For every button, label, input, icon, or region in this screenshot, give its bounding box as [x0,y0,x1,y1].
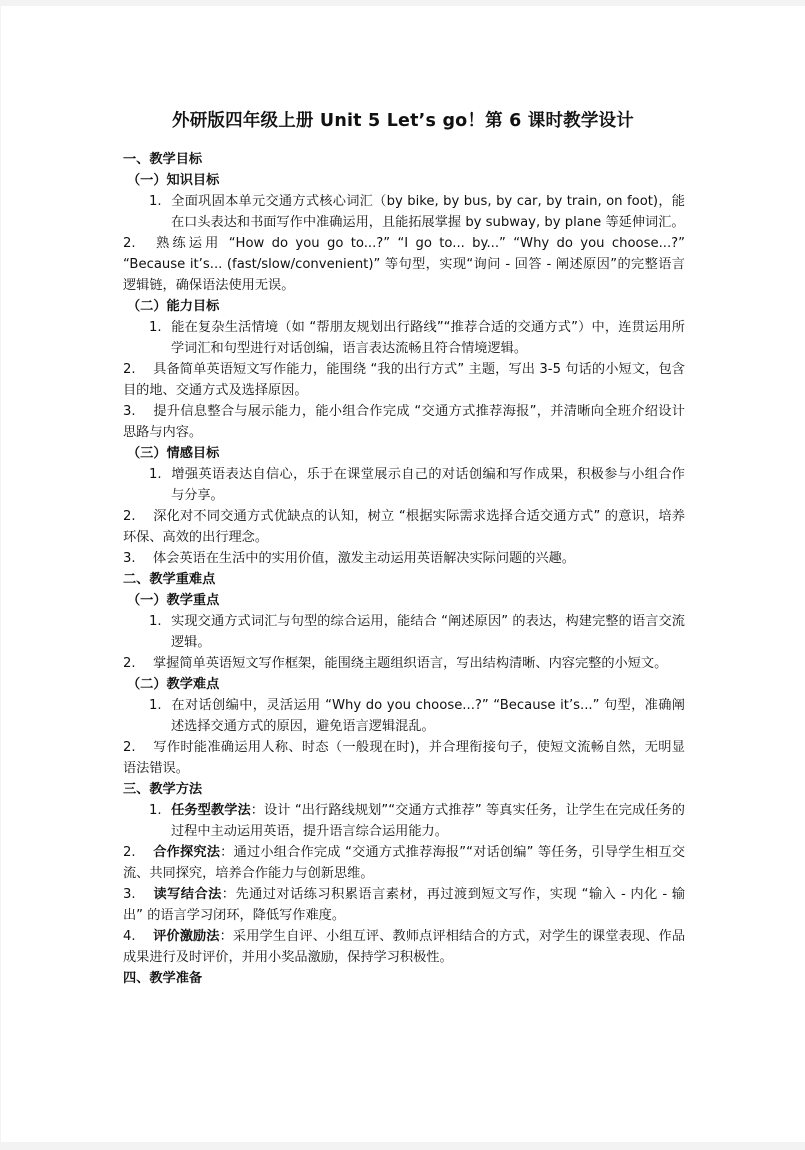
section-heading: 三、教学方法 [123,779,685,800]
item-text: 写作时能准确运用人称、时态（一般现在时)，并合理衔接句子，使短文流畅自然，无明显… [123,740,685,776]
item-number: 4. [123,926,153,947]
list-item: 2.写作时能准确运用人称、时态（一般现在时)，并合理衔接句子，使短文流畅自然，无… [123,737,685,779]
list-item: 2.合作探究法：通过小组合作完成 “交通方式推荐海报”“对话创编” 等任务，引导… [123,842,685,884]
list-item: 4.评价激励法：采用学生自评、小组互评、教师点评相结合的方式，对学生的课堂表现、… [123,926,685,968]
list-item: 1.实现交通方式词汇与句型的综合运用，能结合 “阐述原因” 的表达，构建完整的语… [123,611,685,653]
item-term: 读写结合法 [153,887,222,902]
subsection-heading: （一）知识目标 [123,170,685,191]
document-page: 外研版四年级上册 Unit 5 Let’s go！第 6 课时教学设计 一、教学… [1,6,805,1142]
subsection-heading: （二）教学难点 [123,674,685,695]
subsection-heading: （一）教学重点 [123,590,685,611]
item-number: 1. [149,317,171,338]
item-number: 2. [123,737,153,758]
item-term: 任务型教学法 [171,803,251,818]
item-number: 1. [149,800,171,821]
item-text: 具备简单英语短文写作能力，能围绕 “我的出行方式” 主题，写出 3-5 句话的小… [123,362,685,398]
item-number: 1. [149,191,171,212]
list-item: 3.提升信息整合与展示能力，能小组合作完成 “交通方式推荐海报”，并清晰向全班介… [123,401,685,443]
item-number: 1. [149,611,171,632]
item-number: 3. [123,548,153,569]
item-number: 3. [123,884,153,905]
item-number: 2. [123,506,153,527]
item-term: 合作探究法 [153,845,220,860]
list-item: 1.能在复杂生活情境（如 “帮朋友规划出行路线”“推荐合适的交通方式”）中，连贯… [123,317,685,359]
list-item: 2.具备简单英语短文写作能力，能围绕 “我的出行方式” 主题，写出 3-5 句话… [123,359,685,401]
item-text: 体会英语在生活中的实用价值，激发主动运用英语解决实际问题的兴趣。 [153,551,575,566]
subsection-heading: （二）能力目标 [123,296,685,317]
item-number: 1. [149,464,171,485]
list-item: 1.在对话创编中，灵活运用 “Why do you choose...?” “B… [123,695,685,737]
list-item: 1.全面巩固本单元交通方式核心词汇（by bike, by bus, by ca… [123,191,685,233]
item-text: 在对话创编中，灵活运用 “Why do you choose...?” “Bec… [171,698,685,734]
item-text: 全面巩固本单元交通方式核心词汇（by bike, by bus, by car,… [171,194,685,230]
item-number: 2. [123,653,153,674]
list-item: 3.体会英语在生活中的实用价值，激发主动运用英语解决实际问题的兴趣。 [123,548,685,569]
list-item: 2.深化对不同交通方式优缺点的认知，树立 “根据实际需求选择合适交通方式” 的意… [123,506,685,548]
item-text: 实现交通方式词汇与句型的综合运用，能结合 “阐述原因” 的表达，构建完整的语言交… [171,614,685,650]
item-text: 能在复杂生活情境（如 “帮朋友规划出行路线”“推荐合适的交通方式”）中，连贯运用… [171,320,685,356]
list-item: 3.读写结合法：先通过对话练习积累语言素材，再过渡到短文写作，实现 “输入 - … [123,884,685,926]
section-heading: 一、教学目标 [123,149,685,170]
item-number: 2. [123,359,153,380]
item-number: 2. [123,842,153,863]
item-text: 提升信息整合与展示能力，能小组合作完成 “交通方式推荐海报”，并清晰向全班介绍设… [123,404,685,440]
list-item: 1.增强英语表达自信心，乐于在课堂展示自己的对话创编和写作成果，积极参与小组合作… [123,464,685,506]
item-text: 增强英语表达自信心，乐于在课堂展示自己的对话创编和写作成果，积极参与小组合作与分… [171,467,685,503]
item-term: 评价激励法 [153,929,220,944]
item-number: 3. [123,401,153,422]
list-item: 1.任务型教学法：设计 “出行路线规划”“交通方式推荐” 等真实任务，让学生在完… [123,800,685,842]
document-title: 外研版四年级上册 Unit 5 Let’s go！第 6 课时教学设计 [1,106,805,136]
item-number: 2. [123,233,153,254]
item-text: 熟练运用 “How do you go to...?” “I go to... … [123,236,685,293]
item-text: 深化对不同交通方式优缺点的认知，树立 “根据实际需求选择合适交通方式” 的意识，… [123,509,685,545]
item-text: 掌握简单英语短文写作框架，能围绕主题组织语言，写出结构清晰、内容完整的小短文。 [153,656,667,671]
section-heading: 二、教学重难点 [123,569,685,590]
list-item: 2.掌握简单英语短文写作框架，能围绕主题组织语言，写出结构清晰、内容完整的小短文… [123,653,685,674]
section-heading: 四、教学准备 [123,968,685,989]
document-body: 一、教学目标（一）知识目标1.全面巩固本单元交通方式核心词汇（by bike, … [123,149,685,989]
item-number: 1. [149,695,171,716]
subsection-heading: （三）情感目标 [123,443,685,464]
list-item: 2.熟练运用 “How do you go to...?” “I go to..… [123,233,685,296]
